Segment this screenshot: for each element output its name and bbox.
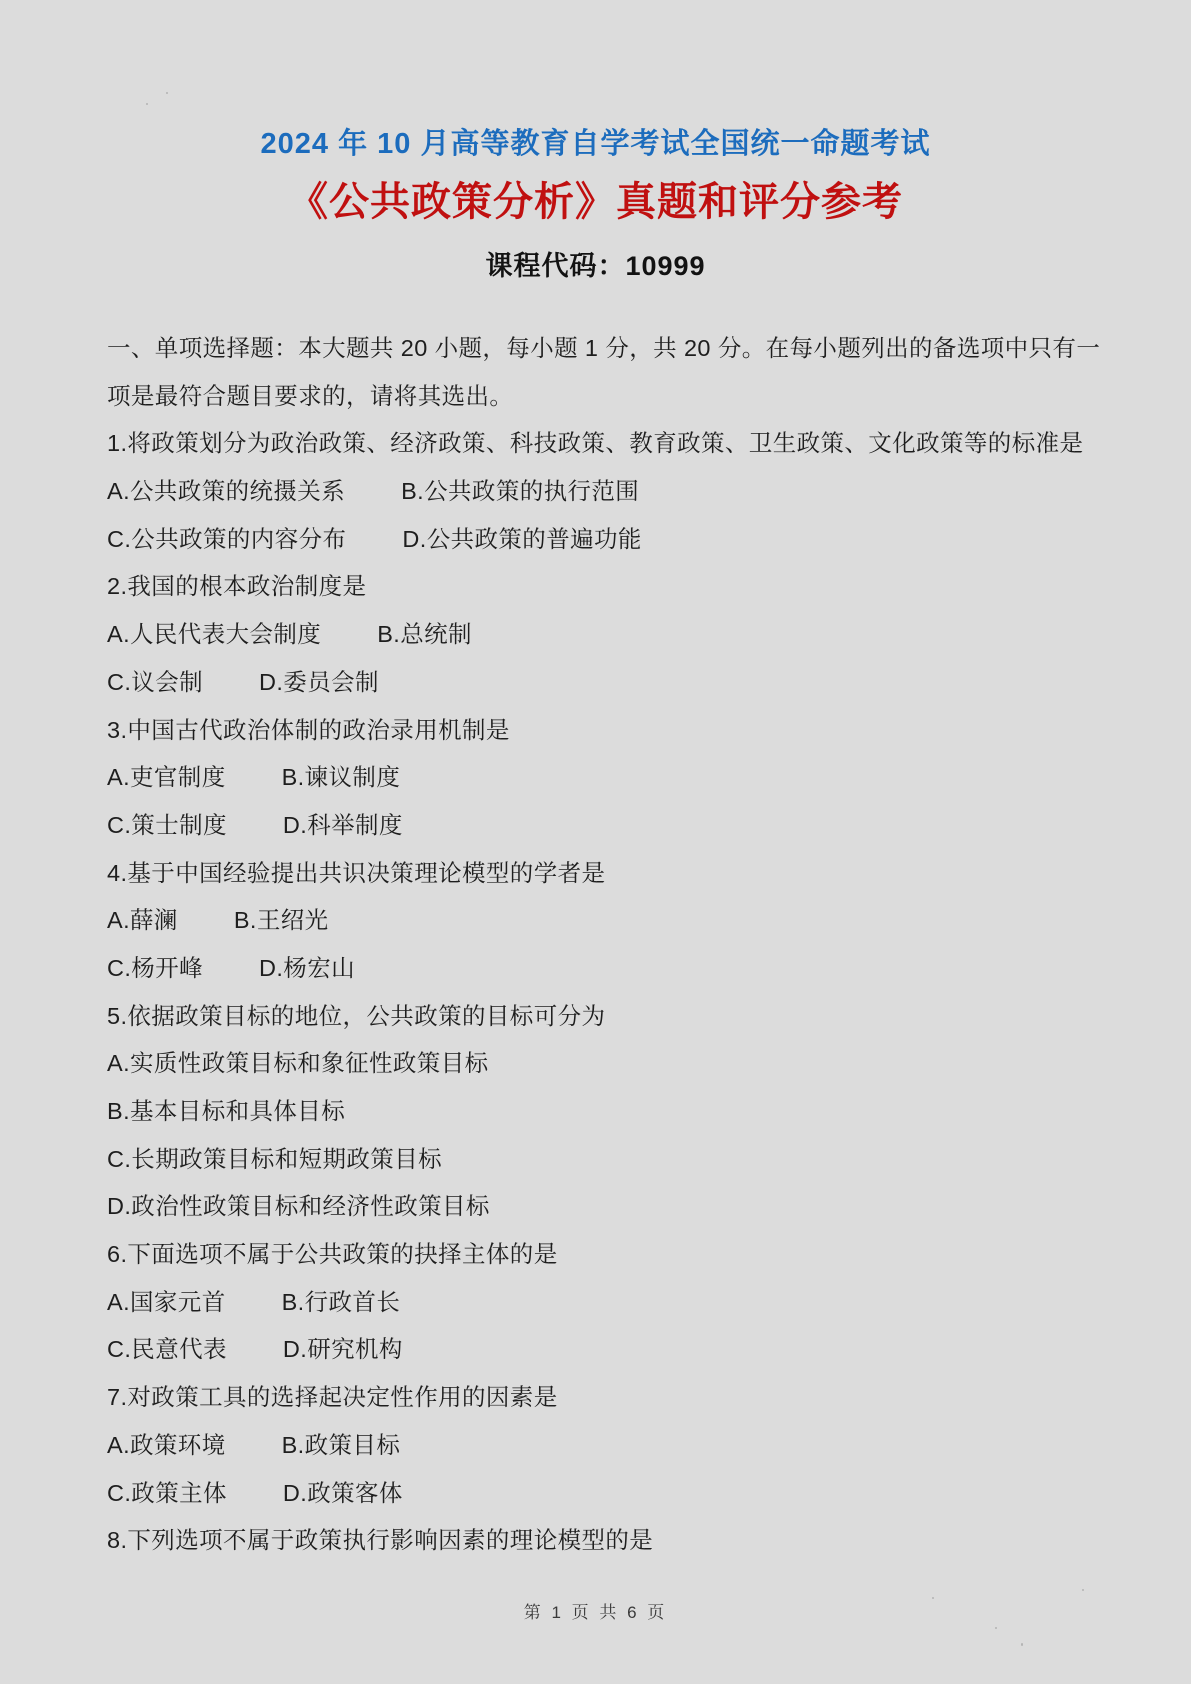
option-5-a: A.实质性政策目标和象征性政策目标 bbox=[107, 1050, 489, 1076]
question-2-options-ab: A.人民代表大会制度B.总统制 bbox=[107, 611, 1131, 659]
option-3-a: A.吏官制度 bbox=[107, 754, 226, 802]
option-2-d: D.委员会制 bbox=[259, 669, 379, 695]
question-6-stem: 6.下面选项不属于公共政策的抉择主体的是 bbox=[107, 1231, 1131, 1279]
option-7-a: A.政策环境 bbox=[107, 1422, 226, 1470]
question-1-stem: 1.将政策划分为政治政策、经济政策、科技政策、教育政策、卫生政策、文化政策等的标… bbox=[107, 420, 1131, 468]
option-3-c: C.策士制度 bbox=[107, 802, 227, 850]
question-5-option-c: C.长期政策目标和短期政策目标 bbox=[107, 1136, 1131, 1184]
question-1-options-ab: A.公共政策的统摄关系B.公共政策的执行范围 bbox=[107, 468, 1131, 516]
question-3-options-cd: C.策士制度D.科举制度 bbox=[107, 802, 1131, 850]
question-4-options-ab: A.薛澜B.王绍光 bbox=[107, 897, 1131, 945]
question-5-option-a: A.实质性政策目标和象征性政策目标 bbox=[107, 1040, 1131, 1088]
option-2-c: C.议会制 bbox=[107, 659, 203, 707]
option-4-a: A.薛澜 bbox=[107, 897, 178, 945]
question-2-options-cd: C.议会制D.委员会制 bbox=[107, 659, 1131, 707]
question-2-stem: 2.我国的根本政治制度是 bbox=[107, 563, 1131, 611]
question-8-stem: 8.下列选项不属于政策执行影响因素的理论模型的是 bbox=[107, 1517, 1131, 1565]
question-4-options-cd: C.杨开峰D.杨宏山 bbox=[107, 945, 1131, 993]
option-4-c: C.杨开峰 bbox=[107, 945, 203, 993]
option-3-b: B.谏议制度 bbox=[282, 764, 401, 790]
option-3-d: D.科举制度 bbox=[283, 812, 403, 838]
option-1-b: B.公共政策的执行范围 bbox=[401, 478, 639, 504]
question-7-options-ab: A.政策环境B.政策目标 bbox=[107, 1422, 1131, 1470]
question-3-options-ab: A.吏官制度B.谏议制度 bbox=[107, 754, 1131, 802]
option-4-b: B.王绍光 bbox=[234, 907, 329, 933]
question-1-options-cd: C.公共政策的内容分布D.公共政策的普遍功能 bbox=[107, 516, 1131, 564]
question-6-options-cd: C.民意代表D.研究机构 bbox=[107, 1326, 1131, 1374]
exam-scan-page: 2024 年 10 月高等教育自学考试全国统一命题考试 《公共政策分析》真题和评… bbox=[0, 0, 1191, 1684]
option-7-c: C.政策主体 bbox=[107, 1470, 227, 1518]
course-code: 课程代码：10999 bbox=[0, 244, 1191, 283]
option-6-c: C.民意代表 bbox=[107, 1326, 227, 1374]
question-4-stem: 4.基于中国经验提出共识决策理论模型的学者是 bbox=[107, 850, 1131, 898]
question-5-option-b: B.基本目标和具体目标 bbox=[107, 1088, 1131, 1136]
question-section: 一、单项选择题：本大题共 20 小题，每小题 1 分，共 20 分。在每小题列出… bbox=[107, 325, 1131, 1565]
question-3-stem: 3.中国古代政治体制的政治录用机制是 bbox=[107, 707, 1131, 755]
option-1-d: D.公共政策的普遍功能 bbox=[402, 526, 641, 552]
option-6-a: A.国家元首 bbox=[107, 1279, 226, 1327]
option-6-d: D.研究机构 bbox=[283, 1336, 403, 1362]
option-7-b: B.政策目标 bbox=[282, 1432, 401, 1458]
question-5-option-d: D.政治性政策目标和经济性政策目标 bbox=[107, 1183, 1131, 1231]
section-instructions-line-1: 一、单项选择题：本大题共 20 小题，每小题 1 分，共 20 分。在每小题列出… bbox=[107, 325, 1131, 373]
option-5-c: C.长期政策目标和短期政策目标 bbox=[107, 1146, 442, 1172]
option-1-c: C.公共政策的内容分布 bbox=[107, 516, 346, 564]
option-5-d: D.政治性政策目标和经济性政策目标 bbox=[107, 1193, 490, 1219]
option-4-d: D.杨宏山 bbox=[259, 955, 355, 981]
section-instructions-line-2: 项是最符合题目要求的，请将其选出。 bbox=[107, 373, 1131, 421]
question-6-options-ab: A.国家元首B.行政首长 bbox=[107, 1279, 1131, 1327]
option-6-b: B.行政首长 bbox=[282, 1289, 401, 1315]
page-number-footer: 第 1 页 共 6 页 bbox=[0, 1598, 1191, 1623]
exam-paper-title: 《公共政策分析》真题和评分参考 bbox=[0, 170, 1191, 227]
option-5-b: B.基本目标和具体目标 bbox=[107, 1098, 345, 1124]
option-1-a: A.公共政策的统摄关系 bbox=[107, 468, 345, 516]
option-2-b: B.总统制 bbox=[377, 621, 472, 647]
question-5-stem: 5.依据政策目标的地位，公共政策的目标可分为 bbox=[107, 993, 1131, 1041]
question-7-options-cd: C.政策主体D.政策客体 bbox=[107, 1470, 1131, 1518]
option-7-d: D.政策客体 bbox=[283, 1480, 403, 1506]
option-2-a: A.人民代表大会制度 bbox=[107, 611, 321, 659]
question-7-stem: 7.对政策工具的选择起决定性作用的因素是 bbox=[107, 1374, 1131, 1422]
exam-session-title: 2024 年 10 月高等教育自学考试全国统一命题考试 bbox=[0, 121, 1191, 162]
